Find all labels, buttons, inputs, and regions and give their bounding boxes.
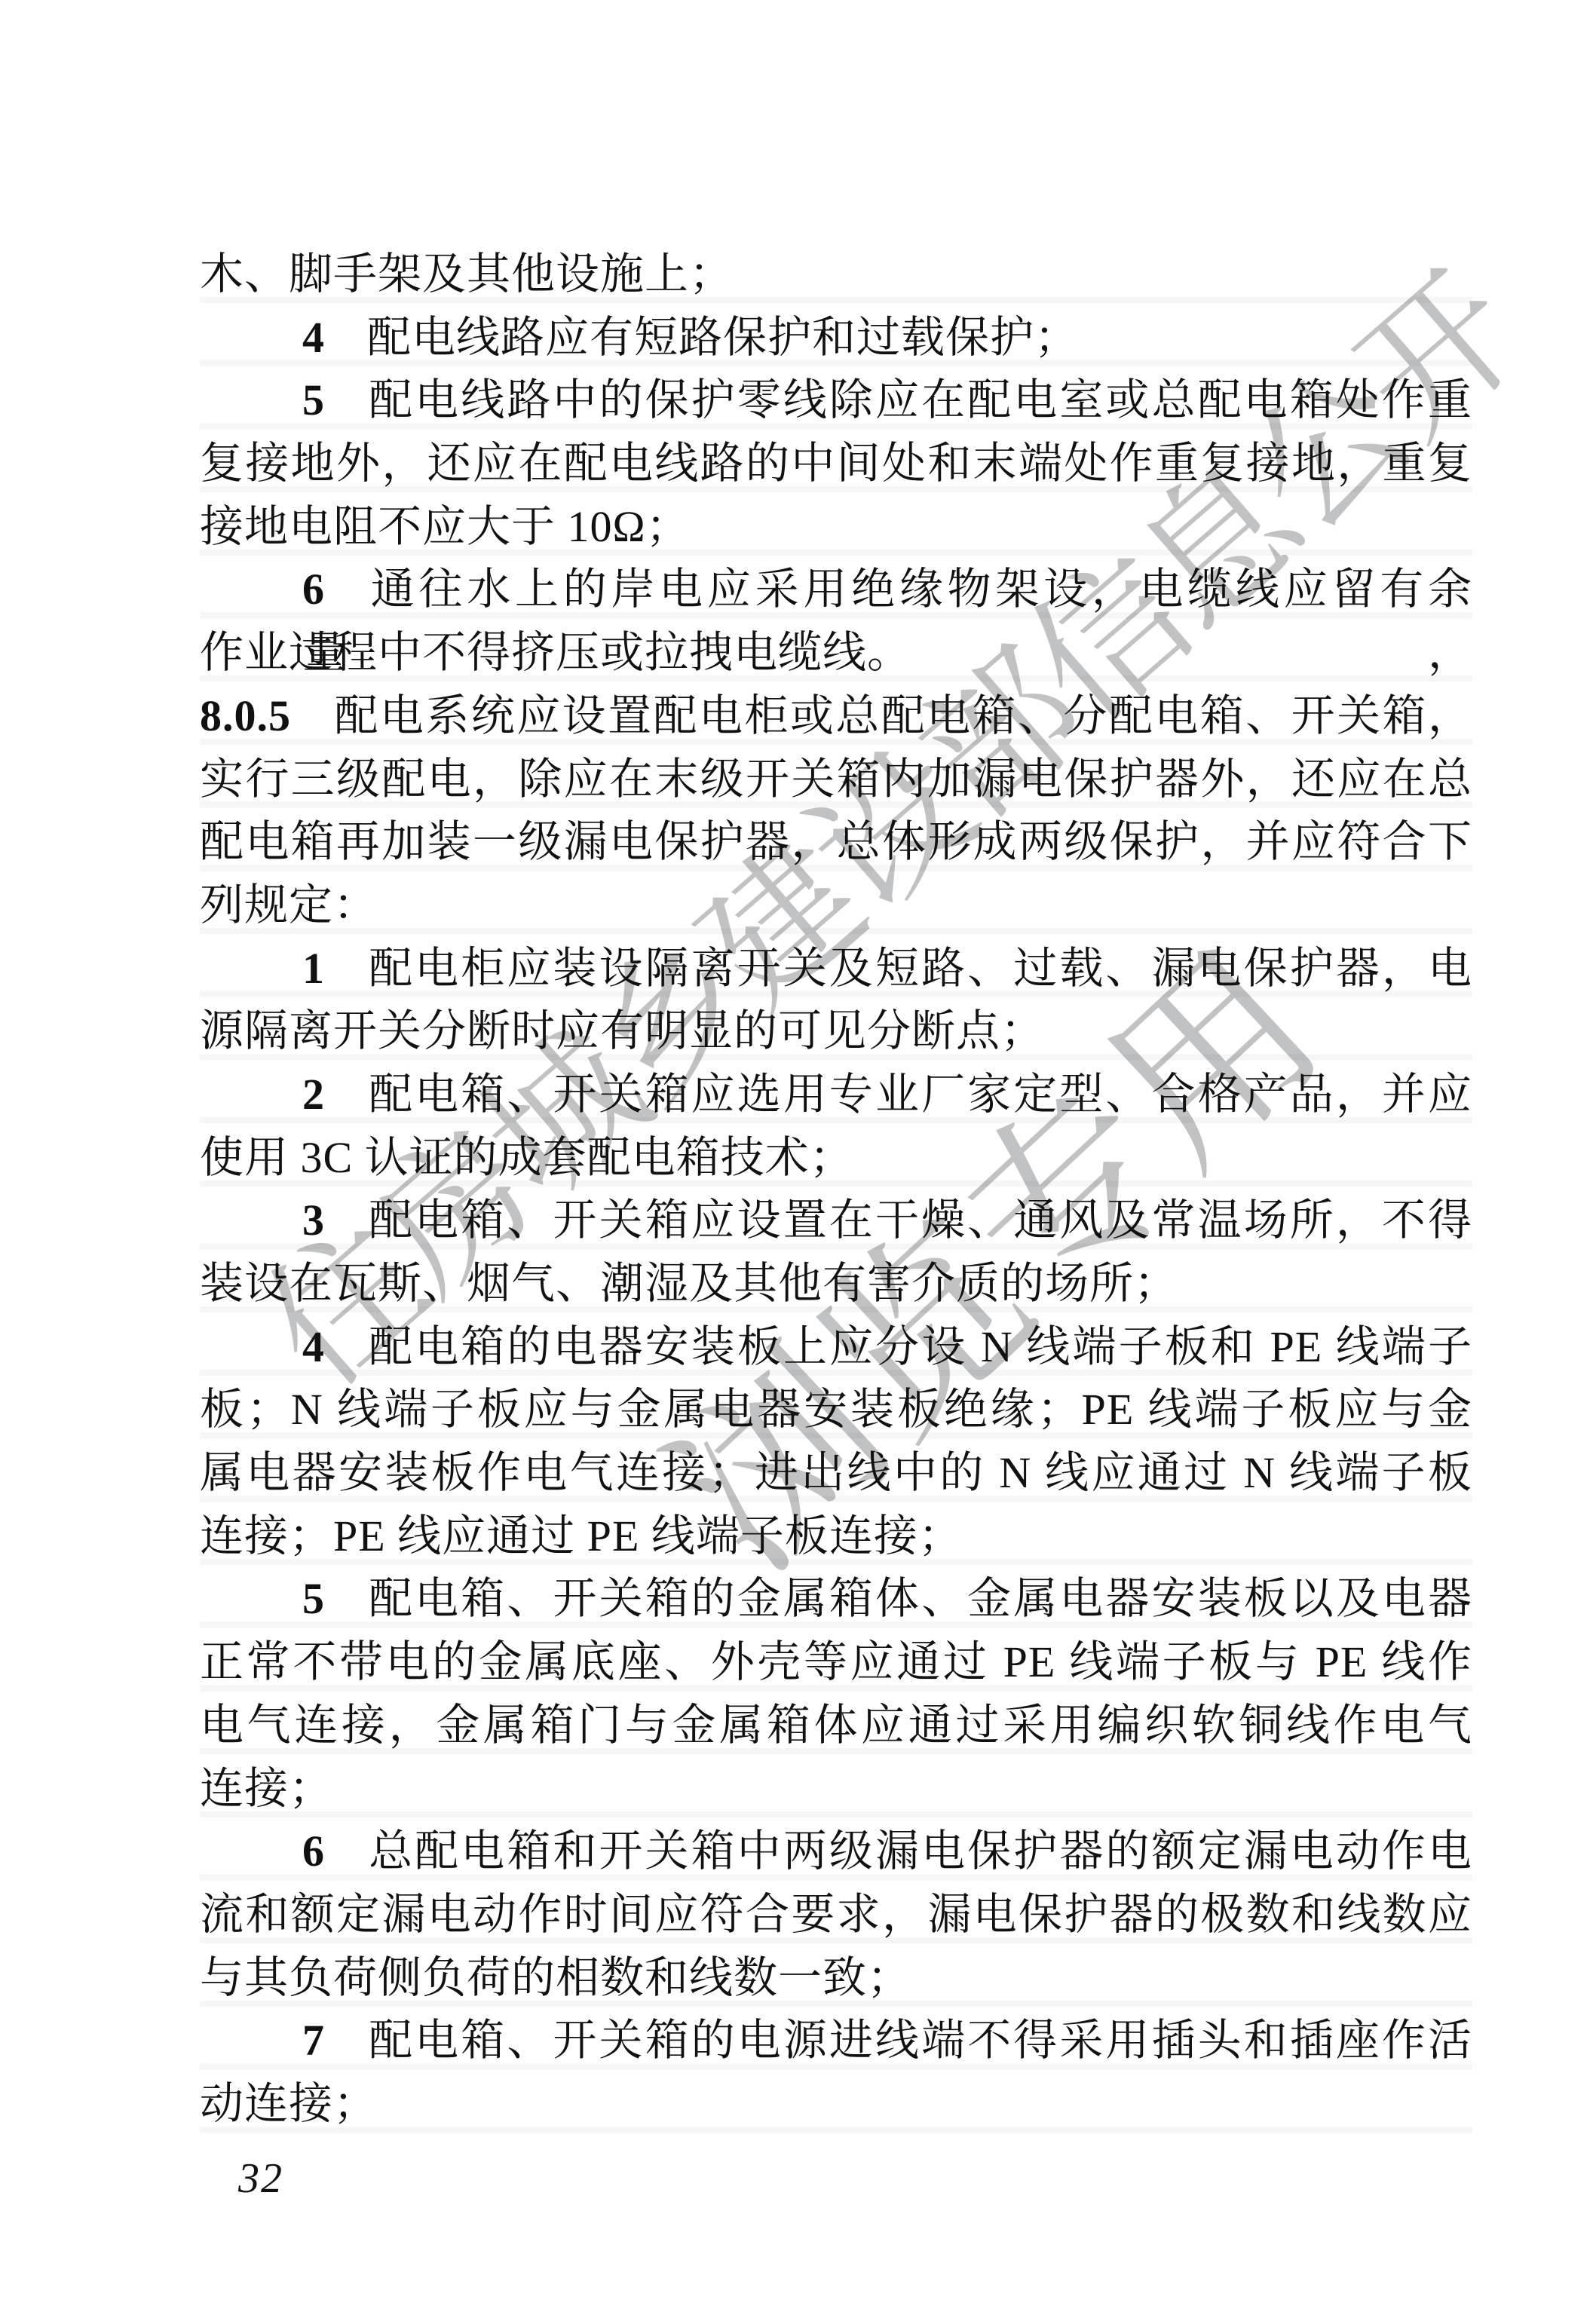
- text-line: 实行三级配电，除应在末级开关箱内加漏电保护器外，还应在总: [200, 748, 1472, 811]
- text-line: 木、脚手架及其他设施上；: [200, 243, 1472, 306]
- text-line: 装设在瓦斯、烟气、潮湿及其他有害介质的场所；: [200, 1252, 1472, 1315]
- text-line: 2配电箱、开关箱应选用专业厂家定型、合格产品，并应: [200, 1063, 1472, 1126]
- text-line: 接地电阻不应大于 10Ω；: [200, 495, 1472, 559]
- text-line: 1配电柜应装设隔离开关及短路、过载、漏电保护器，电: [200, 937, 1472, 1000]
- text-line: 正常不带电的金属底座、外壳等应通过 PE 线端子板与 PE 线作: [200, 1631, 1472, 1694]
- text-line: 动连接；: [200, 2072, 1472, 2136]
- text-line: 属电器安装板作电气连接；进出线中的 N 线应通过 N 线端子板: [200, 1441, 1472, 1505]
- text-line: 6总配电箱和开关箱中两级漏电保护器的额定漏电动作电: [200, 1820, 1472, 1883]
- clause-number: 6: [302, 1827, 325, 1876]
- clause-number: 2: [302, 1070, 325, 1119]
- clause-number: 5: [302, 375, 325, 424]
- text-line: 6通往水上的岸电应采用绝缘物架设，电缆线应留有余量，: [200, 558, 1472, 621]
- text-line: 4配电箱的电器安装板上应分设 N 线端子板和 PE 线端子: [200, 1315, 1472, 1379]
- clause-number: 3: [302, 1196, 325, 1245]
- text-line: 使用 3C 认证的成套配电箱技术；: [200, 1126, 1472, 1190]
- body-text: 木、脚手架及其他设施上；4配电线路应有短路保护和过载保护；5配电线路中的保护零线…: [200, 243, 1472, 2136]
- text-line: 4配电线路应有短路保护和过载保护；: [200, 306, 1472, 369]
- text-line: 连接；: [200, 1757, 1472, 1821]
- text-line: 流和额定漏电动作时间应符合要求，漏电保护器的极数和线数应: [200, 1883, 1472, 1946]
- text-line: 板；N 线端子板应与金属电器安装板绝缘；PE 线端子板应与金: [200, 1378, 1472, 1441]
- text-line: 配电箱再加装一级漏电保护器，总体形成两级保护，并应符合下: [200, 810, 1472, 874]
- document-page: 住房城乡建设部信息公开 浏览专用 木、脚手架及其他设施上；4配电线路应有短路保护…: [0, 0, 1596, 2312]
- page-number: 32: [238, 2154, 283, 2203]
- clause-number: 1: [302, 944, 325, 993]
- text-line: 列规定：: [200, 874, 1472, 937]
- clause-number: 4: [302, 1322, 325, 1371]
- clause-number: 7: [302, 2016, 325, 2065]
- text-line: 电气连接，金属箱门与金属箱体应通过采用编织软铜线作电气: [200, 1694, 1472, 1757]
- text-line: 8.0.5配电系统应设置配电柜或总配电箱、分配电箱、开关箱，: [200, 684, 1472, 748]
- clause-number: 6: [302, 565, 325, 614]
- text-line: 5配电箱、开关箱的金属箱体、金属电器安装板以及电器: [200, 1567, 1472, 1631]
- text-line: 3配电箱、开关箱应设置在干燥、通风及常温场所，不得: [200, 1189, 1472, 1252]
- text-line: 5配电线路中的保护零线除应在配电室或总配电箱处作重: [200, 369, 1472, 432]
- clause-number: 8.0.5: [200, 691, 291, 740]
- clause-number: 5: [302, 1574, 325, 1623]
- clause-number: 4: [302, 313, 325, 362]
- text-line: 连接；PE 线应通过 PE 线端子板连接；: [200, 1505, 1472, 1568]
- text-line: 与其负荷侧负荷的相数和线数一致；: [200, 1946, 1472, 2010]
- text-line: 复接地外，还应在配电线路的中间处和末端处作重复接地，重复: [200, 432, 1472, 495]
- text-line: 源隔离开关分断时应有明显的可见分断点；: [200, 1000, 1472, 1063]
- text-line: 7配电箱、开关箱的电源进线端不得采用插头和插座作活: [200, 2009, 1472, 2072]
